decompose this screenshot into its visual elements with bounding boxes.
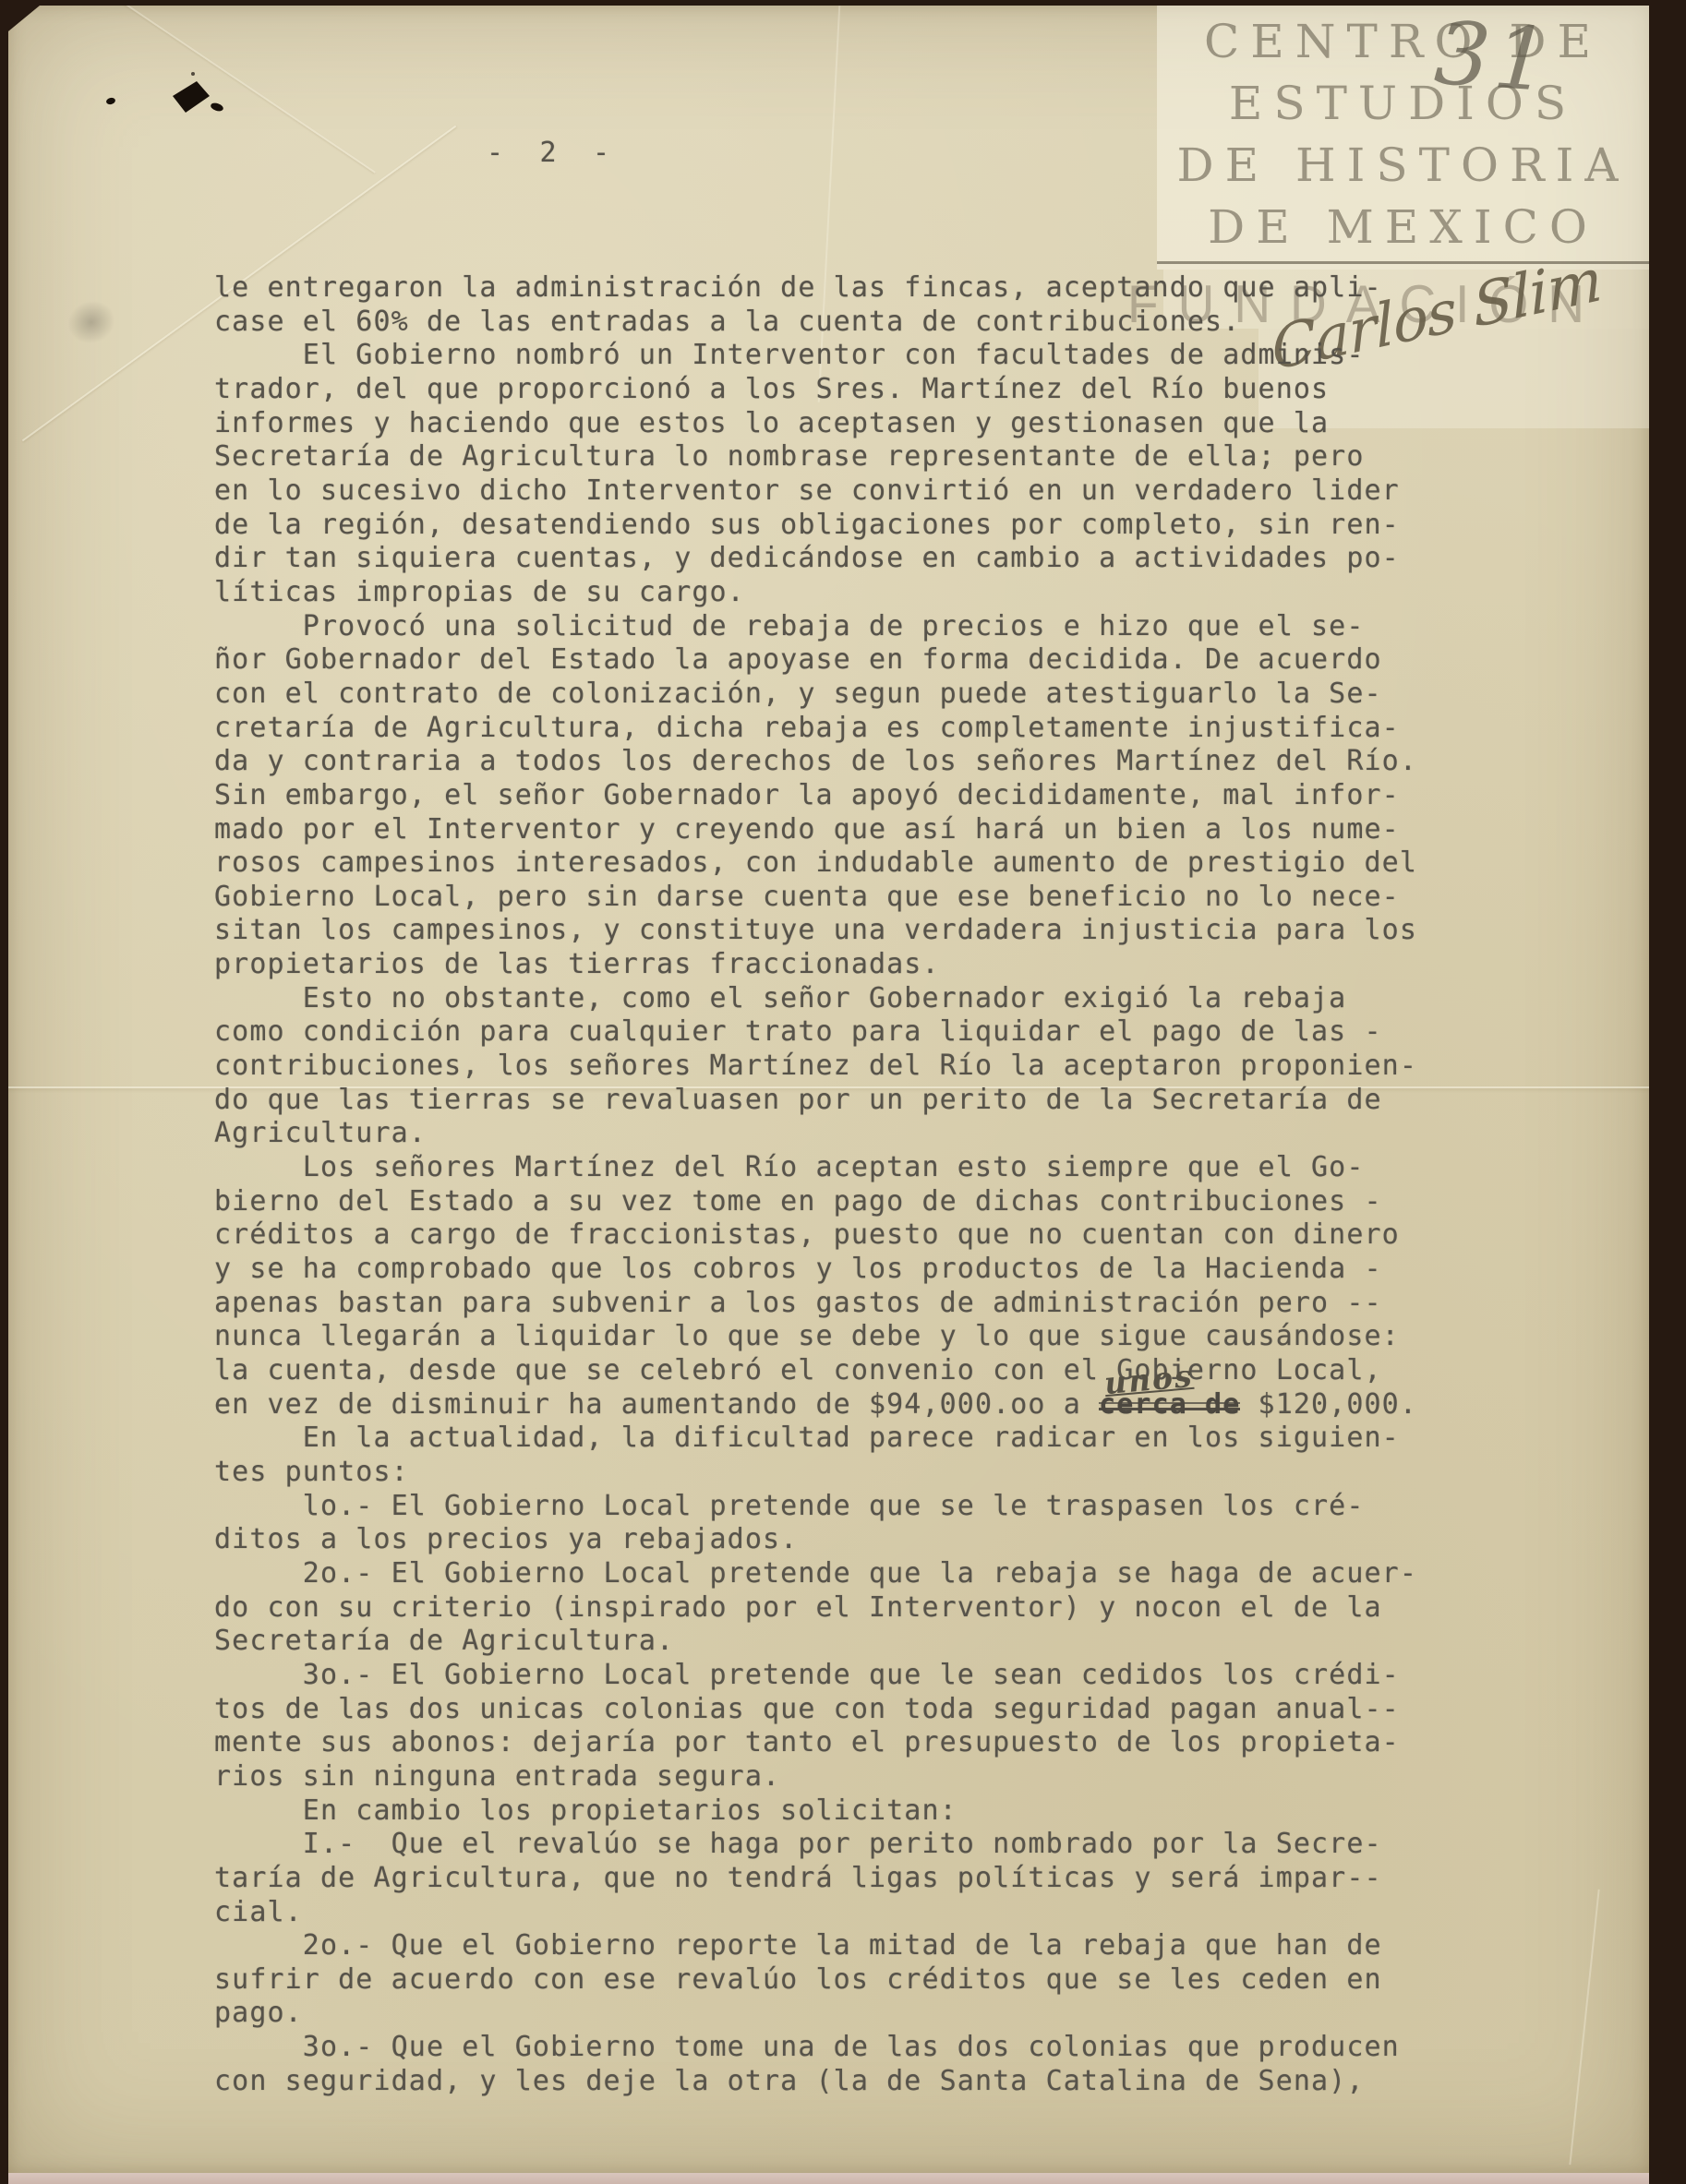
typewritten-text: le entregaron la administración de las f… bbox=[214, 271, 1641, 2098]
ink-dot bbox=[210, 102, 224, 113]
line-segment: $120,000. bbox=[1240, 1388, 1417, 1421]
typewritten-line: 2o.- Que el Gobierno reporte la mitad de… bbox=[214, 1929, 1641, 1963]
typewritten-line: 2o.- El Gobierno Local pretende que la r… bbox=[214, 1557, 1641, 1591]
typewritten-line: mente sus abonos: dejaría por tanto el p… bbox=[214, 1726, 1641, 1760]
pencil-smudge bbox=[62, 294, 122, 350]
typewritten-line: 3o.- El Gobierno Local pretende que le s… bbox=[214, 1659, 1641, 1693]
handwritten-correction: unos bbox=[1103, 1360, 1195, 1401]
typewritten-line: Agricultura. bbox=[214, 1117, 1641, 1151]
typewritten-line: la cuenta, desde que se celebró el conve… bbox=[214, 1354, 1641, 1388]
typewritten-line: pago. bbox=[214, 1997, 1641, 2031]
typewritten-line: Los señores Martínez del Río aceptan est… bbox=[214, 1151, 1641, 1185]
line-segment: en vez de disminuir ha aumentando de $94… bbox=[214, 1388, 1099, 1421]
typewritten-line: rosos campesinos interesados, con induda… bbox=[214, 846, 1641, 881]
typewritten-line: nunca llegarán a liquidar lo que se debe… bbox=[214, 1320, 1641, 1354]
page-number: - 2 - bbox=[487, 137, 610, 169]
watermark-line: CENTRO DE bbox=[1157, 11, 1649, 73]
typewritten-line: El Gobierno nombró un Interventor con fa… bbox=[214, 339, 1641, 373]
typewritten-line: tes puntos: bbox=[214, 1456, 1641, 1490]
typewritten-line: bierno del Estado a su vez tome en pago … bbox=[214, 1185, 1641, 1219]
typewritten-line: tos de las dos unicas colonias que con t… bbox=[214, 1693, 1641, 1727]
typewritten-line: Secretaría de Agricultura lo nombrase re… bbox=[214, 440, 1641, 474]
typewritten-line: En cambio los propietarios solicitan: bbox=[214, 1794, 1641, 1829]
typewritten-line: 3o.- Que el Gobierno tome una de las dos… bbox=[214, 2031, 1641, 2065]
typewritten-line: cretaría de Agricultura, dicha rebaja es… bbox=[214, 712, 1641, 746]
typewritten-line: case el 60% de las entradas a la cuenta … bbox=[214, 306, 1641, 340]
typewritten-line: Sin embargo, el señor Gobernador la apoy… bbox=[214, 779, 1641, 813]
document-page: CENTRO DE ESTUDIOS DE HISTORIA DE MEXICO… bbox=[8, 6, 1649, 2173]
typewritten-line: do con su criterio (inspirado por el Int… bbox=[214, 1591, 1641, 1626]
strikethrough-text: cerca deunos bbox=[1099, 1388, 1240, 1421]
typewritten-line: cial. bbox=[214, 1896, 1641, 1930]
typewritten-line: Gobierno Local, pero sin darse cuenta qu… bbox=[214, 881, 1641, 915]
typewritten-line: mado por el Interventor y creyendo que a… bbox=[214, 813, 1641, 847]
typewritten-line: ditos a los precios ya rebajados. bbox=[214, 1523, 1641, 1557]
typewritten-line: créditos a cargo de fraccionistas, puest… bbox=[214, 1218, 1641, 1253]
typewritten-line: do que las tierras se revaluasen por un … bbox=[214, 1084, 1641, 1118]
typewritten-line: Esto no obstante, como el señor Gobernad… bbox=[214, 982, 1641, 1016]
typewritten-line: rios sin ninguna entrada segura. bbox=[214, 1760, 1641, 1794]
typewritten-line: líticas impropias de su cargo. bbox=[214, 576, 1641, 610]
typewritten-line: Provocó una solicitud de rebaja de preci… bbox=[214, 610, 1641, 644]
typewritten-line: En la actualidad, la dificultad parece r… bbox=[214, 1422, 1641, 1456]
typewritten-line: apenas bastan para subvenir a los gastos… bbox=[214, 1287, 1641, 1321]
typewritten-line: con el contrato de colonización, y segun… bbox=[214, 678, 1641, 712]
pencil-folio-number: 31 bbox=[1431, 4, 1556, 113]
typewritten-line: da y contraria a todos los derechos de l… bbox=[214, 745, 1641, 779]
typewritten-line: taría de Agricultura, que no tendrá liga… bbox=[214, 1862, 1641, 1896]
archive-watermark: CENTRO DE ESTUDIOS DE HISTORIA DE MEXICO bbox=[1157, 11, 1649, 258]
typewritten-line: en vez de disminuir ha aumentando de $94… bbox=[214, 1388, 1641, 1422]
typewritten-line: contribuciones, los señores Martínez del… bbox=[214, 1050, 1641, 1084]
scan-bed-edge bbox=[8, 2173, 1649, 2184]
ink-dot bbox=[105, 97, 115, 105]
typewritten-line: informes y haciendo que estos lo aceptas… bbox=[214, 407, 1641, 441]
typewritten-line: I.- Que el revalúo se haga por perito no… bbox=[214, 1828, 1641, 1862]
scanned-document-canvas: CENTRO DE ESTUDIOS DE HISTORIA DE MEXICO… bbox=[0, 0, 1686, 2184]
typewritten-line: y se ha comprobado que los cobros y los … bbox=[214, 1253, 1641, 1287]
typewritten-line: lo.- El Gobierno Local pretende que se l… bbox=[214, 1490, 1641, 1524]
typewritten-line: con seguridad, y les deje la otra (la de… bbox=[214, 2065, 1641, 2099]
typewritten-line: como condición para cualquier trato para… bbox=[214, 1015, 1641, 1050]
watermark-line: ESTUDIOS bbox=[1157, 73, 1649, 135]
typewritten-line: ñor Gobernador del Estado la apoyase en … bbox=[214, 643, 1641, 678]
typewritten-line: sufrir de acuerdo con ese revalúo los cr… bbox=[214, 1963, 1641, 1998]
typewritten-line: de la región, desatendiendo sus obligaci… bbox=[214, 509, 1641, 543]
typewritten-line: propietarios de las tierras fraccionadas… bbox=[214, 948, 1641, 982]
typewritten-line: Secretaría de Agricultura. bbox=[214, 1625, 1641, 1659]
watermark-line: DE MEXICO bbox=[1157, 197, 1649, 258]
typewritten-line: trador, del que proporcionó a los Sres. … bbox=[214, 373, 1641, 407]
typewritten-line: en lo sucesivo dicho Interventor se conv… bbox=[214, 474, 1641, 509]
ink-speck bbox=[191, 72, 195, 76]
watermark-line: DE HISTORIA bbox=[1157, 135, 1649, 197]
ink-tear-mark bbox=[171, 81, 211, 114]
typewritten-line: dir tan siquiera cuentas, y dedicándose … bbox=[214, 542, 1641, 576]
typewritten-line: le entregaron la administración de las f… bbox=[214, 271, 1641, 306]
typewritten-line: sitan los campesinos, y constituye una v… bbox=[214, 914, 1641, 948]
